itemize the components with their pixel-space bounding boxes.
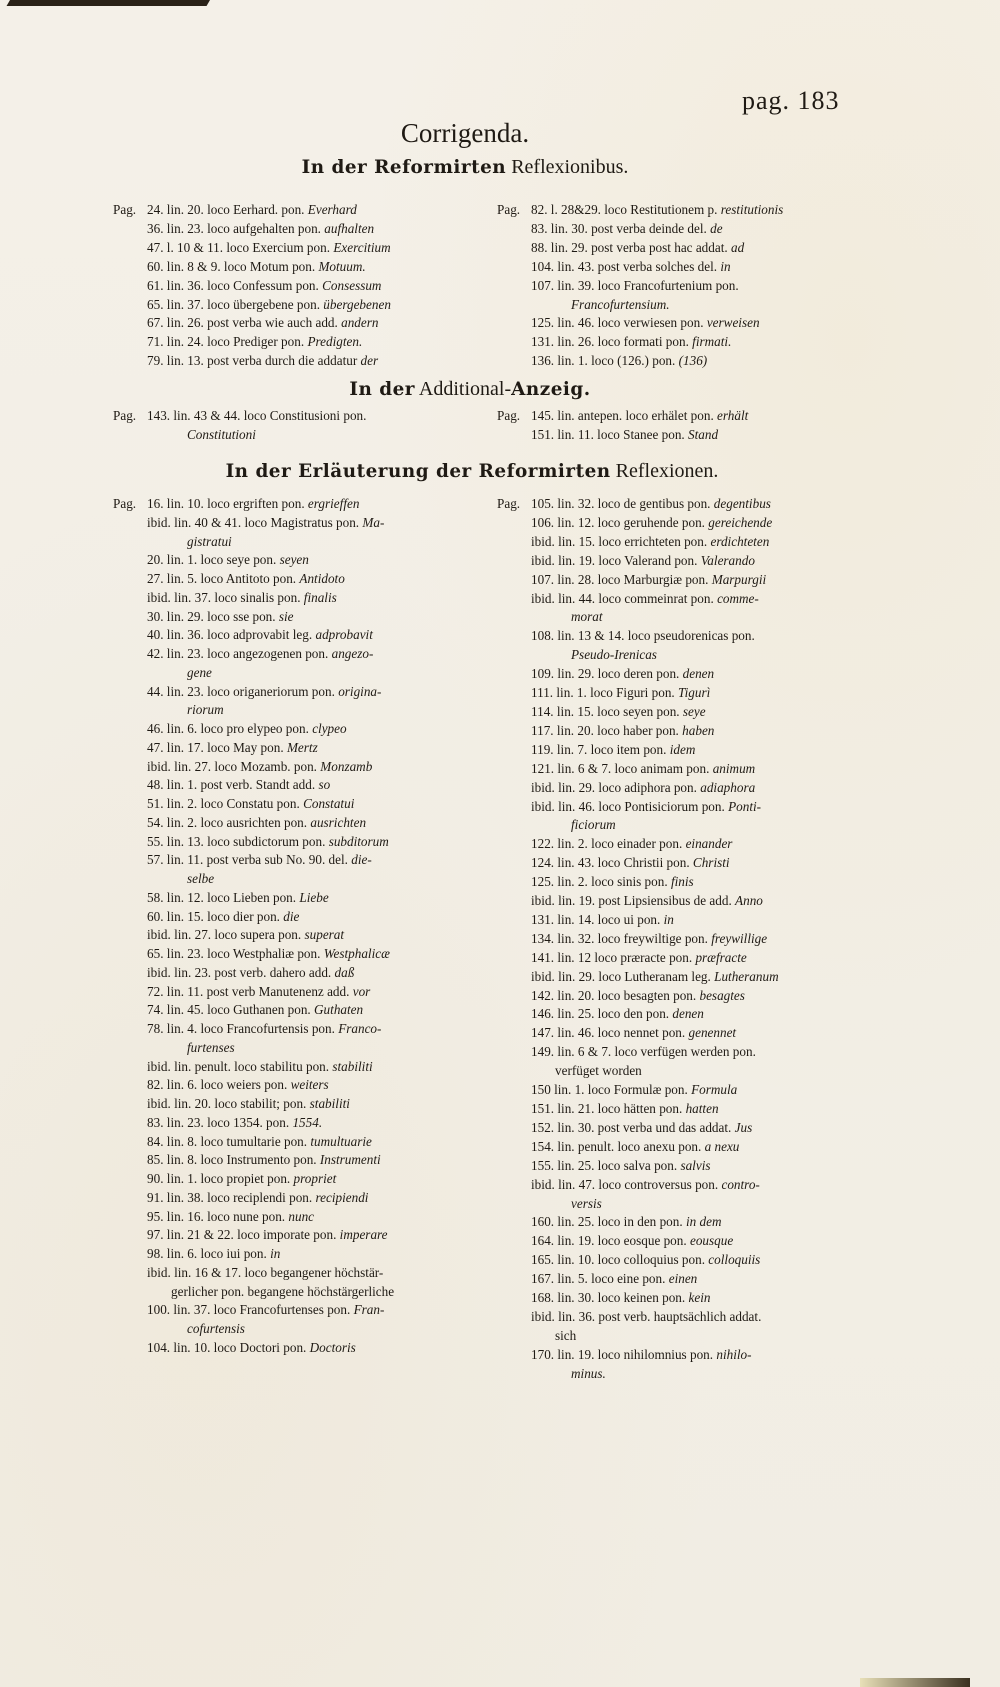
entry-location: ibid. lin. 47. loco controversus pon. bbox=[531, 1177, 718, 1192]
entry-location: 67. lin. 26. post verba wie auch add. bbox=[147, 315, 338, 330]
entry-continuation: gerlicher pon. begangene höchstärgerlich… bbox=[171, 1284, 394, 1299]
correction-text: gereichende bbox=[708, 515, 772, 530]
errata-entry: ibid. lin. 27. loco Mozamb. pon. Monzamb bbox=[113, 758, 394, 777]
entry-location: 155. lin. 25. loco salva pon. bbox=[531, 1158, 677, 1173]
errata-entry: 111. lin. 1. loco Figuri pon. Tigurì bbox=[497, 684, 779, 703]
errata-entry: Francofurtensium. bbox=[497, 296, 783, 315]
errata-entry: 60. lin. 15. loco dier pon. die bbox=[113, 908, 394, 927]
correction-text: hatten bbox=[686, 1101, 719, 1116]
entry-location: 109. lin. 29. loco deren pon. bbox=[531, 666, 679, 681]
errata-entry: 150 lin. 1. loco Formulæ pon. Formula bbox=[497, 1081, 779, 1100]
page-corner-shadow bbox=[860, 1678, 970, 1687]
correction-text: firmati. bbox=[692, 334, 731, 349]
entry-location: 57. lin. 11. post verba sub No. 90. del. bbox=[147, 852, 348, 867]
errata-entry: Pag.82. l. 28&29. loco Restitutionem p. … bbox=[497, 201, 783, 220]
entry-location: 125. lin. 2. loco sinis pon. bbox=[531, 874, 668, 889]
entry-location: 111. lin. 1. loco Figuri pon. bbox=[531, 685, 675, 700]
correction-text: finis bbox=[671, 874, 694, 889]
errata-entry: 48. lin. 1. post verb. Standt add. so bbox=[113, 776, 394, 795]
errata-entry: 119. lin. 7. loco item pon. idem bbox=[497, 741, 779, 760]
entry-location: ibid. lin. 19. post Lipsiensibus de add. bbox=[531, 893, 732, 908]
correction-continuation: Francofurtensium. bbox=[571, 297, 670, 312]
page-prefix: Pag. bbox=[497, 407, 531, 426]
entry-continuation: sich bbox=[555, 1328, 576, 1343]
correction-text: origina- bbox=[338, 684, 381, 699]
entry-location: 91. lin. 38. loco reciplendi pon. bbox=[147, 1190, 312, 1205]
errata-entry: 27. lin. 5. loco Antitoto pon. Antidoto bbox=[113, 570, 394, 589]
errata-entry: gerlicher pon. begangene höchstärgerlich… bbox=[113, 1283, 394, 1302]
errata-entry: Pseudo-Irenicas bbox=[497, 646, 779, 665]
errata-entry: 51. lin. 2. loco Constatu pon. Constatui bbox=[113, 795, 394, 814]
errata-entry: 147. lin. 46. loco nennet pon. genennet bbox=[497, 1024, 779, 1043]
errata-entry: 65. lin. 23. loco Westphaliæ pon. Westph… bbox=[113, 945, 394, 964]
correction-text: Ma- bbox=[362, 515, 384, 530]
errata-entry: 57. lin. 11. post verba sub No. 90. del.… bbox=[113, 851, 394, 870]
errata-entry: selbe bbox=[113, 870, 394, 889]
errata-column-left: Pag.143. lin. 43 & 44. loco Constitusion… bbox=[113, 407, 366, 445]
entry-location: 104. lin. 10. loco Doctori pon. bbox=[147, 1340, 306, 1355]
errata-entry: 149. lin. 6 & 7. loco verfügen werden po… bbox=[497, 1043, 779, 1062]
errata-entry: 125. lin. 2. loco sinis pon. finis bbox=[497, 873, 779, 892]
entry-location: 65. lin. 37. loco übergebene pon. bbox=[147, 297, 320, 312]
correction-continuation: gene bbox=[187, 665, 212, 680]
errata-entry: ibid. lin. 46. loco Pontisiciorum pon. P… bbox=[497, 798, 779, 817]
errata-entry: 91. lin. 38. loco reciplendi pon. recipi… bbox=[113, 1189, 394, 1208]
entry-location: 61. lin. 36. loco Confessum pon. bbox=[147, 278, 319, 293]
entry-location: 90. lin. 1. loco propiet pon. bbox=[147, 1171, 290, 1186]
errata-entry: versis bbox=[497, 1195, 779, 1214]
entry-location: 143. lin. 43 & 44. loco Constitusioni po… bbox=[147, 408, 366, 423]
errata-entry: 109. lin. 29. loco deren pon. denen bbox=[497, 665, 779, 684]
errata-entry: 88. lin. 29. post verba post hac addat. … bbox=[497, 239, 783, 258]
errata-entry: ibid. lin. 16 & 17. loco begangener höch… bbox=[113, 1264, 394, 1283]
correction-text: der bbox=[361, 353, 379, 368]
correction-text: propriet bbox=[294, 1171, 337, 1186]
errata-entry: 83. lin. 30. post verba deinde del. de bbox=[497, 220, 783, 239]
errata-entry: 131. lin. 26. loco formati pon. firmati. bbox=[497, 333, 783, 352]
entry-location: ibid. lin. 46. loco Pontisiciorum pon. bbox=[531, 799, 725, 814]
entry-location: 150 lin. 1. loco Formulæ pon. bbox=[531, 1082, 688, 1097]
correction-text: vor bbox=[353, 984, 371, 999]
errata-entry: 117. lin. 20. loco haber pon. haben bbox=[497, 722, 779, 741]
errata-entry: verfüget worden bbox=[497, 1062, 779, 1081]
entry-location: 164. lin. 19. loco eosque pon. bbox=[531, 1233, 687, 1248]
errata-entry: 125. lin. 46. loco verwiesen pon. verwei… bbox=[497, 314, 783, 333]
correction-text: imperare bbox=[340, 1227, 388, 1242]
entry-location: 104. lin. 43. post verba solches del. bbox=[531, 259, 717, 274]
errata-entry: 107. lin. 39. loco Francofurtenium pon. bbox=[497, 277, 783, 296]
correction-text: 1554. bbox=[292, 1115, 322, 1130]
errata-entry: morat bbox=[497, 608, 779, 627]
entry-location: 160. lin. 25. loco in den pon. bbox=[531, 1214, 683, 1229]
entry-location: 85. lin. 8. loco Instrumento pon. bbox=[147, 1152, 317, 1167]
correction-text: genennet bbox=[689, 1025, 737, 1040]
correction-continuation: gistratui bbox=[187, 534, 232, 549]
page-prefix: Pag. bbox=[113, 201, 147, 220]
errata-entry: 160. lin. 25. loco in den pon. in dem bbox=[497, 1213, 779, 1232]
correction-text: in dem bbox=[686, 1214, 722, 1229]
correction-text: kein bbox=[689, 1290, 711, 1305]
entry-location: 131. lin. 14. loco ui pon. bbox=[531, 912, 660, 927]
errata-entry: 134. lin. 32. loco freywiltige pon. frey… bbox=[497, 930, 779, 949]
errata-column-right: Pag.82. l. 28&29. loco Restitutionem p. … bbox=[497, 201, 783, 371]
errata-entry: 36. lin. 23. loco aufgehalten pon. aufha… bbox=[113, 220, 391, 239]
errata-entry: 72. lin. 11. post verb Manutenenz add. v… bbox=[113, 983, 394, 1002]
correction-text: a nexu bbox=[705, 1139, 740, 1154]
correction-text: denen bbox=[672, 1006, 704, 1021]
errata-entry: 107. lin. 28. loco Marburgiæ pon. Marpur… bbox=[497, 571, 779, 590]
correction-text: præfracte bbox=[695, 950, 746, 965]
correction-text: Ponti- bbox=[728, 799, 761, 814]
errata-entry: 95. lin. 16. loco nune pon. nunc bbox=[113, 1208, 394, 1227]
errata-entry: 165. lin. 10. loco colloquius pon. collo… bbox=[497, 1251, 779, 1270]
entry-location: 145. lin. antepen. loco erhälet pon. bbox=[531, 408, 714, 423]
page-corner-shadow bbox=[7, 0, 210, 6]
errata-entry: 155. lin. 25. loco salva pon. salvis bbox=[497, 1157, 779, 1176]
entry-location: 42. lin. 23. loco angezogenen pon. bbox=[147, 646, 328, 661]
correction-text: Predigten. bbox=[307, 334, 362, 349]
entry-location: 51. lin. 2. loco Constatu pon. bbox=[147, 796, 300, 811]
entry-location: 88. lin. 29. post verba post hac addat. bbox=[531, 240, 728, 255]
correction-text: daß bbox=[335, 965, 355, 980]
errata-entry: 71. lin. 24. loco Prediger pon. Predigte… bbox=[113, 333, 391, 352]
errata-entry: ibid. lin. 44. loco commeinrat pon. comm… bbox=[497, 590, 779, 609]
entry-location: 16. lin. 10. loco ergriften pon. bbox=[147, 496, 305, 511]
correction-text: freywillige bbox=[711, 931, 767, 946]
errata-entry: 100. lin. 37. loco Francofurtenses pon. … bbox=[113, 1301, 394, 1320]
entry-location: 106. lin. 12. loco geruhende pon. bbox=[531, 515, 705, 530]
errata-entry: 82. lin. 6. loco weiers pon. weiters bbox=[113, 1076, 394, 1095]
correction-text: ergrieffen bbox=[308, 496, 360, 511]
errata-entry: 65. lin. 37. loco übergebene pon. überge… bbox=[113, 296, 391, 315]
correction-continuation: selbe bbox=[187, 871, 214, 886]
correction-text: Marpurgii bbox=[712, 572, 766, 587]
correction-text: haben bbox=[682, 723, 714, 738]
heading-roman: Additional- bbox=[419, 378, 511, 400]
errata-entry: 152. lin. 30. post verba und das addat. … bbox=[497, 1119, 779, 1138]
errata-entry: 108. lin. 13 & 14. loco pseudorenicas po… bbox=[497, 627, 779, 646]
correction-text: idem bbox=[670, 742, 696, 757]
correction-text: in bbox=[664, 912, 674, 927]
errata-entry: ibid. lin. 19. post Lipsiensibus de add.… bbox=[497, 892, 779, 911]
errata-entry: gistratui bbox=[113, 533, 394, 552]
entry-location: 60. lin. 8 & 9. loco Motum pon. bbox=[147, 259, 315, 274]
heading-roman: Reflexionibus. bbox=[511, 156, 628, 178]
correction-text: einen bbox=[669, 1271, 698, 1286]
entry-location: 82. l. 28&29. loco Restitutionem p. bbox=[531, 202, 717, 217]
correction-text: Motuum. bbox=[318, 259, 365, 274]
correction-text: einander bbox=[686, 836, 733, 851]
entry-location: 134. lin. 32. loco freywiltige pon. bbox=[531, 931, 708, 946]
heading-roman: Reflexionen. bbox=[616, 460, 719, 482]
correction-text: die- bbox=[351, 852, 372, 867]
entry-location: 71. lin. 24. loco Prediger pon. bbox=[147, 334, 304, 349]
correction-text: Anno bbox=[735, 893, 763, 908]
errata-entry: 58. lin. 12. loco Lieben pon. Liebe bbox=[113, 889, 394, 908]
correction-text: ad bbox=[731, 240, 744, 255]
correction-text: tumultuarie bbox=[310, 1134, 372, 1149]
errata-entry: 30. lin. 29. loco sse pon. sie bbox=[113, 608, 394, 627]
entry-location: 82. lin. 6. loco weiers pon. bbox=[147, 1077, 287, 1092]
correction-text: Tigurì bbox=[678, 685, 710, 700]
entry-location: 48. lin. 1. post verb. Standt add. bbox=[147, 777, 315, 792]
correction-text: Westphalicæ bbox=[324, 946, 390, 961]
correction-text: so bbox=[318, 777, 330, 792]
errata-entry: 55. lin. 13. loco subdictorum pon. subdi… bbox=[113, 833, 394, 852]
errata-entry: ibid. lin. 37. loco sinalis pon. finalis bbox=[113, 589, 394, 608]
correction-text: salvis bbox=[680, 1158, 710, 1173]
entry-location: 168. lin. 30. loco keinen pon. bbox=[531, 1290, 685, 1305]
errata-entry: 67. lin. 26. post verba wie auch add. an… bbox=[113, 314, 391, 333]
entry-location: 151. lin. 21. loco hätten pon. bbox=[531, 1101, 682, 1116]
errata-entry: 42. lin. 23. loco angezogenen pon. angez… bbox=[113, 645, 394, 664]
correction-text: Fran- bbox=[354, 1302, 385, 1317]
correction-text: in bbox=[720, 259, 730, 274]
correction-text: contro- bbox=[721, 1177, 759, 1192]
errata-entry: 121. lin. 6 & 7. loco animam pon. animum bbox=[497, 760, 779, 779]
correction-text: Stand bbox=[688, 427, 718, 442]
correction-text: angezo- bbox=[332, 646, 374, 661]
correction-continuation: morat bbox=[571, 609, 603, 624]
errata-entry: 151. lin. 21. loco hätten pon. hatten bbox=[497, 1100, 779, 1119]
errata-entry: 79. lin. 13. post verba durch die addatu… bbox=[113, 352, 391, 371]
errata-entry: 20. lin. 1. loco seye pon. seyen bbox=[113, 551, 394, 570]
entry-location: 84. lin. 8. loco tumultarie pon. bbox=[147, 1134, 307, 1149]
correction-text: Lutheranum bbox=[714, 969, 778, 984]
entry-location: ibid. lin. 15. loco errichteten pon. bbox=[531, 534, 707, 549]
heading-fraktur: In der Reformirten bbox=[302, 157, 507, 178]
correction-text: verweisen bbox=[707, 315, 760, 330]
correction-text: die bbox=[283, 909, 299, 924]
entry-location: 27. lin. 5. loco Antitoto pon. bbox=[147, 571, 296, 586]
errata-entry: ibid. lin. 29. loco Lutheranam leg. Luth… bbox=[497, 968, 779, 987]
entry-location: 107. lin. 28. loco Marburgiæ pon. bbox=[531, 572, 708, 587]
entry-location: 136. lin. 1. loco (126.) pon. bbox=[531, 353, 675, 368]
correction-text: clypeo bbox=[312, 721, 346, 736]
entry-location: 83. lin. 23. loco 1354. pon. bbox=[147, 1115, 289, 1130]
errata-column-right: Pag.105. lin. 32. loco de gentibus pon. … bbox=[497, 495, 779, 1384]
correction-text: denen bbox=[683, 666, 715, 681]
scanned-page: pag. 183 Corrigenda. In der Reformirten … bbox=[0, 0, 1000, 1687]
errata-entry: 114. lin. 15. loco seyen pon. seye bbox=[497, 703, 779, 722]
correction-text: Constatui bbox=[303, 796, 354, 811]
correction-text: erdichteten bbox=[710, 534, 769, 549]
errata-entry: ibid. lin. 15. loco errichteten pon. erd… bbox=[497, 533, 779, 552]
entry-location: ibid. lin. penult. loco stabilitu pon. bbox=[147, 1059, 329, 1074]
correction-text: Jus bbox=[735, 1120, 753, 1135]
entry-location: 146. lin. 25. loco den pon. bbox=[531, 1006, 669, 1021]
errata-entry: 168. lin. 30. loco keinen pon. kein bbox=[497, 1289, 779, 1308]
correction-continuation: Constitutioni bbox=[187, 427, 256, 442]
correction-text: finalis bbox=[304, 590, 337, 605]
correction-continuation: ficiorum bbox=[571, 817, 616, 832]
heading-fraktur: Anzeig. bbox=[511, 379, 591, 400]
entry-location: 47. lin. 17. loco May pon. bbox=[147, 740, 284, 755]
errata-entry: 146. lin. 25. loco den pon. denen bbox=[497, 1005, 779, 1024]
correction-continuation: minus. bbox=[571, 1366, 606, 1381]
correction-text: Guthaten bbox=[314, 1002, 363, 1017]
correction-text: Mertz bbox=[287, 740, 318, 755]
errata-entry: 47. l. 10 & 11. loco Exercium pon. Exerc… bbox=[113, 239, 391, 258]
correction-text: nunc bbox=[288, 1209, 314, 1224]
entry-location: ibid. lin. 20. loco stabilit; pon. bbox=[147, 1096, 306, 1111]
errata-entry: 90. lin. 1. loco propiet pon. propriet bbox=[113, 1170, 394, 1189]
heading-fraktur: In der Erläuterung der Reformirten bbox=[226, 461, 611, 482]
correction-text: Instrumenti bbox=[320, 1152, 381, 1167]
errata-entry: ibid. lin. 20. loco stabilit; pon. stabi… bbox=[113, 1095, 394, 1114]
correction-text: eousque bbox=[690, 1233, 733, 1248]
entry-location: 131. lin. 26. loco formati pon. bbox=[531, 334, 689, 349]
errata-entry: 60. lin. 8 & 9. loco Motum pon. Motuum. bbox=[113, 258, 391, 277]
entry-location: 149. lin. 6 & 7. loco verfügen werden po… bbox=[531, 1044, 756, 1059]
errata-entry: Constitutioni bbox=[113, 426, 366, 445]
entry-location: 154. lin. penult. loco anexu pon. bbox=[531, 1139, 701, 1154]
errata-entry: ibid. lin. penult. loco stabilitu pon. s… bbox=[113, 1058, 394, 1077]
errata-entry: ibid. lin. 23. post verb. dahero add. da… bbox=[113, 964, 394, 983]
section-heading-erlaeuterung: In der Erläuterung der Reformirten Refle… bbox=[0, 460, 972, 483]
errata-entry: 141. lin. 12 loco præracte pon. præfract… bbox=[497, 949, 779, 968]
correction-text: de bbox=[710, 221, 722, 236]
errata-entry: 167. lin. 5. loco eine pon. einen bbox=[497, 1270, 779, 1289]
errata-entry: ibid. lin. 29. loco adiphora pon. adiaph… bbox=[497, 779, 779, 798]
entry-location: 74. lin. 45. loco Guthanen pon. bbox=[147, 1002, 311, 1017]
correction-text: Christi bbox=[693, 855, 730, 870]
correction-text: Franco- bbox=[338, 1021, 381, 1036]
entry-location: 30. lin. 29. loco sse pon. bbox=[147, 609, 276, 624]
correction-text: seye bbox=[683, 704, 706, 719]
entry-location: ibid. lin. 27. loco supera pon. bbox=[147, 927, 301, 942]
errata-entry: 61. lin. 36. loco Confessum pon. Consess… bbox=[113, 277, 391, 296]
errata-entry: Pag.16. lin. 10. loco ergriften pon. erg… bbox=[113, 495, 394, 514]
errata-entry: 124. lin. 43. loco Christii pon. Christi bbox=[497, 854, 779, 873]
correction-text: stabiliti bbox=[310, 1096, 350, 1111]
entry-location: 65. lin. 23. loco Westphaliæ pon. bbox=[147, 946, 320, 961]
entry-location: 83. lin. 30. post verba deinde del. bbox=[531, 221, 707, 236]
correction-text: Antidoto bbox=[299, 571, 344, 586]
errata-entry: minus. bbox=[497, 1365, 779, 1384]
errata-entry: ibid. lin. 19. loco Valerand pon. Valera… bbox=[497, 552, 779, 571]
errata-entry: 85. lin. 8. loco Instrumento pon. Instru… bbox=[113, 1151, 394, 1170]
entry-location: 142. lin. 20. loco besagten pon. bbox=[531, 988, 696, 1003]
entry-location: 114. lin. 15. loco seyen pon. bbox=[531, 704, 680, 719]
entry-location: ibid. lin. 23. post verb. dahero add. bbox=[147, 965, 331, 980]
correction-text: nihilo- bbox=[716, 1347, 751, 1362]
page-prefix: Pag. bbox=[497, 201, 531, 220]
entry-location: 122. lin. 2. loco einader pon. bbox=[531, 836, 682, 851]
correction-text: colloquiis bbox=[708, 1252, 760, 1267]
errata-entry: 142. lin. 20. loco besagten pon. besagte… bbox=[497, 987, 779, 1006]
errata-entry: 40. lin. 36. loco adprovabit leg. adprob… bbox=[113, 626, 394, 645]
correction-text: in bbox=[270, 1246, 280, 1261]
errata-entry: ficiorum bbox=[497, 816, 779, 835]
correction-continuation: furtenses bbox=[187, 1040, 235, 1055]
entry-location: 141. lin. 12 loco præracte pon. bbox=[531, 950, 692, 965]
errata-entry: 74. lin. 45. loco Guthanen pon. Guthaten bbox=[113, 1001, 394, 1020]
entry-location: 107. lin. 39. loco Francofurtenium pon. bbox=[531, 278, 739, 293]
correction-text: übergebenen bbox=[323, 297, 391, 312]
entry-location: ibid. lin. 29. loco adiphora pon. bbox=[531, 780, 697, 795]
errata-entry: 136. lin. 1. loco (126.) pon. (136) bbox=[497, 352, 783, 371]
page-number: pag. 183 bbox=[742, 86, 840, 116]
entry-location: 47. l. 10 & 11. loco Exercium pon. bbox=[147, 240, 330, 255]
page-prefix: Pag. bbox=[497, 495, 531, 514]
correction-text: Liebe bbox=[299, 890, 328, 905]
errata-entry: 131. lin. 14. loco ui pon. in bbox=[497, 911, 779, 930]
correction-text: animum bbox=[713, 761, 756, 776]
correction-text: Everhard bbox=[308, 202, 357, 217]
errata-entry: 154. lin. penult. loco anexu pon. a nexu bbox=[497, 1138, 779, 1157]
entry-location: 40. lin. 36. loco adprovabit leg. bbox=[147, 627, 312, 642]
page-prefix: Pag. bbox=[113, 407, 147, 426]
entry-continuation: verfüget worden bbox=[555, 1063, 642, 1078]
errata-entry: 104. lin. 10. loco Doctori pon. Doctoris bbox=[113, 1339, 394, 1358]
errata-entry: cofurtensis bbox=[113, 1320, 394, 1339]
correction-text: aufhalten bbox=[324, 221, 374, 236]
entry-location: ibid. lin. 27. loco Mozamb. pon. bbox=[147, 759, 317, 774]
correction-text: Doctoris bbox=[310, 1340, 356, 1355]
entry-location: 124. lin. 43. loco Christii pon. bbox=[531, 855, 690, 870]
correction-text: sie bbox=[279, 609, 294, 624]
correction-continuation: riorum bbox=[187, 702, 224, 717]
errata-entry: 47. lin. 17. loco May pon. Mertz bbox=[113, 739, 394, 758]
section-heading-reflexionibus: In der Reformirten Reflexionibus. bbox=[0, 156, 965, 179]
entry-location: 58. lin. 12. loco Lieben pon. bbox=[147, 890, 296, 905]
errata-entry: 106. lin. 12. loco geruhende pon. gereic… bbox=[497, 514, 779, 533]
errata-entry: 97. lin. 21 & 22. loco imporate pon. imp… bbox=[113, 1226, 394, 1245]
errata-entry: 170. lin. 19. loco nihilomnius pon. nihi… bbox=[497, 1346, 779, 1365]
correction-text: besagtes bbox=[699, 988, 744, 1003]
entry-location: 36. lin. 23. loco aufgehalten pon. bbox=[147, 221, 321, 236]
entry-location: ibid. lin. 37. loco sinalis pon. bbox=[147, 590, 301, 605]
errata-entry: Pag.145. lin. antepen. loco erhälet pon.… bbox=[497, 407, 748, 426]
heading-fraktur: In der bbox=[349, 379, 415, 400]
errata-column-right: Pag.145. lin. antepen. loco erhälet pon.… bbox=[497, 407, 748, 445]
errata-column-left: Pag.24. lin. 20. loco Eerhard. pon. Ever… bbox=[113, 201, 391, 371]
entry-location: 95. lin. 16. loco nune pon. bbox=[147, 1209, 285, 1224]
correction-text: stabiliti bbox=[332, 1059, 372, 1074]
errata-entry: 46. lin. 6. loco pro elypeo pon. clypeo bbox=[113, 720, 394, 739]
correction-text: adiaphora bbox=[700, 780, 755, 795]
errata-entry: 122. lin. 2. loco einader pon. einander bbox=[497, 835, 779, 854]
errata-entry: 54. lin. 2. loco ausrichten pon. ausrich… bbox=[113, 814, 394, 833]
errata-entry: 83. lin. 23. loco 1354. pon. 1554. bbox=[113, 1114, 394, 1133]
entry-location: 170. lin. 19. loco nihilomnius pon. bbox=[531, 1347, 713, 1362]
correction-text: (136) bbox=[679, 353, 708, 368]
correction-text: Formula bbox=[691, 1082, 737, 1097]
entry-location: 108. lin. 13 & 14. loco pseudorenicas po… bbox=[531, 628, 755, 643]
correction-text: comme- bbox=[717, 591, 759, 606]
correction-text: Consessum bbox=[322, 278, 381, 293]
errata-entry: Pag.143. lin. 43 & 44. loco Constitusion… bbox=[113, 407, 366, 426]
entry-location: ibid. lin. 16 & 17. loco begangener höch… bbox=[147, 1265, 383, 1280]
correction-text: Valerando bbox=[701, 553, 755, 568]
entry-location: 121. lin. 6 & 7. loco animam pon. bbox=[531, 761, 709, 776]
correction-text: weiters bbox=[291, 1077, 329, 1092]
errata-column-left: Pag.16. lin. 10. loco ergriften pon. erg… bbox=[113, 495, 394, 1358]
errata-entry: Pag.105. lin. 32. loco de gentibus pon. … bbox=[497, 495, 779, 514]
section-heading-additional: In der Additional-Anzeig. bbox=[0, 378, 970, 401]
page-prefix: Pag. bbox=[113, 495, 147, 514]
entry-location: 24. lin. 20. loco Eerhard. pon. bbox=[147, 202, 304, 217]
errata-entry: 84. lin. 8. loco tumultarie pon. tumultu… bbox=[113, 1133, 394, 1152]
errata-entry: 78. lin. 4. loco Francofurtensis pon. Fr… bbox=[113, 1020, 394, 1039]
entry-location: 55. lin. 13. loco subdictorum pon. bbox=[147, 834, 325, 849]
correction-text: Monzamb bbox=[320, 759, 372, 774]
errata-entry: 98. lin. 6. loco iui pon. in bbox=[113, 1245, 394, 1264]
entry-location: 78. lin. 4. loco Francofurtensis pon. bbox=[147, 1021, 335, 1036]
entry-location: 20. lin. 1. loco seye pon. bbox=[147, 552, 276, 567]
entry-location: 60. lin. 15. loco dier pon. bbox=[147, 909, 280, 924]
